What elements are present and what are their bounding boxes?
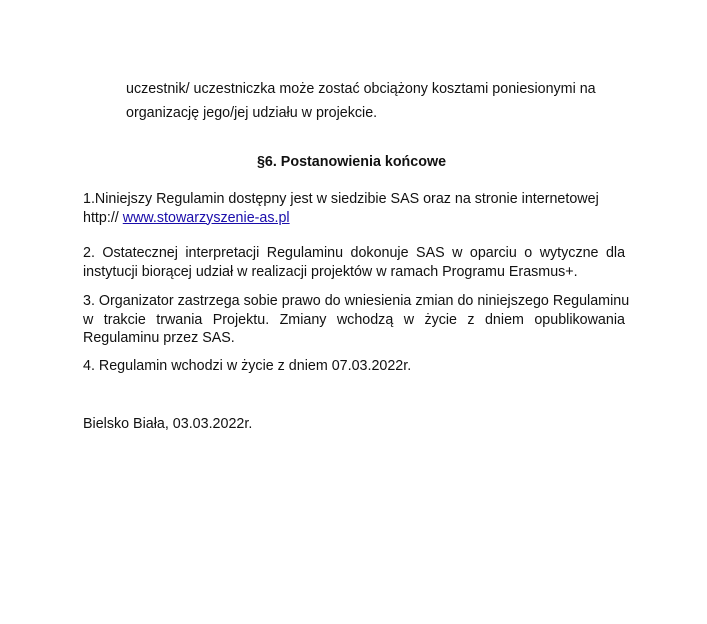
place-and-date: Bielsko Biała, 03.03.2022r. xyxy=(83,415,252,433)
paragraph-2-line-1: 2. Ostatecznej interpretacji Regulaminu … xyxy=(83,244,625,263)
website-link[interactable]: www.stowarzyszenie-as.pl xyxy=(123,210,290,226)
url-prefix: http:// xyxy=(83,210,123,226)
paragraph-4: 4. Regulamin wchodzi w życie z dniem 07.… xyxy=(83,357,625,376)
continuation-line-2: organizację jego/jej udziału w projekcie… xyxy=(126,104,377,122)
paragraph-2-line-2: instytucji biorącej udział w realizacji … xyxy=(83,263,625,282)
paragraph-1: 1.Niniejszy Regulamin dostępny jest w si… xyxy=(83,190,625,227)
paragraph-3-line-1: 3. Organizator zastrzega sobie prawo do … xyxy=(83,292,625,311)
continuation-line-1: uczestnik/ uczestniczka może zostać obci… xyxy=(126,80,596,98)
paragraph-4-line-1: 4. Regulamin wchodzi w życie z dniem 07.… xyxy=(83,357,625,376)
paragraph-3-line-2: w trakcie trwania Projektu. Zmiany wchod… xyxy=(83,311,625,330)
paragraph-1-line-2: http:// www.stowarzyszenie-as.pl xyxy=(83,209,625,228)
paragraph-3: 3. Organizator zastrzega sobie prawo do … xyxy=(83,292,625,348)
document-page: uczestnik/ uczestniczka może zostać obci… xyxy=(0,0,707,624)
section-heading: §6. Postanowienia końcowe xyxy=(0,153,707,171)
paragraph-2: 2. Ostatecznej interpretacji Regulaminu … xyxy=(83,244,625,281)
paragraph-1-line-1: 1.Niniejszy Regulamin dostępny jest w si… xyxy=(83,190,625,209)
paragraph-3-line-3: Regulaminu przez SAS. xyxy=(83,329,625,348)
section-heading-text: §6. Postanowienia końcowe xyxy=(257,154,446,170)
